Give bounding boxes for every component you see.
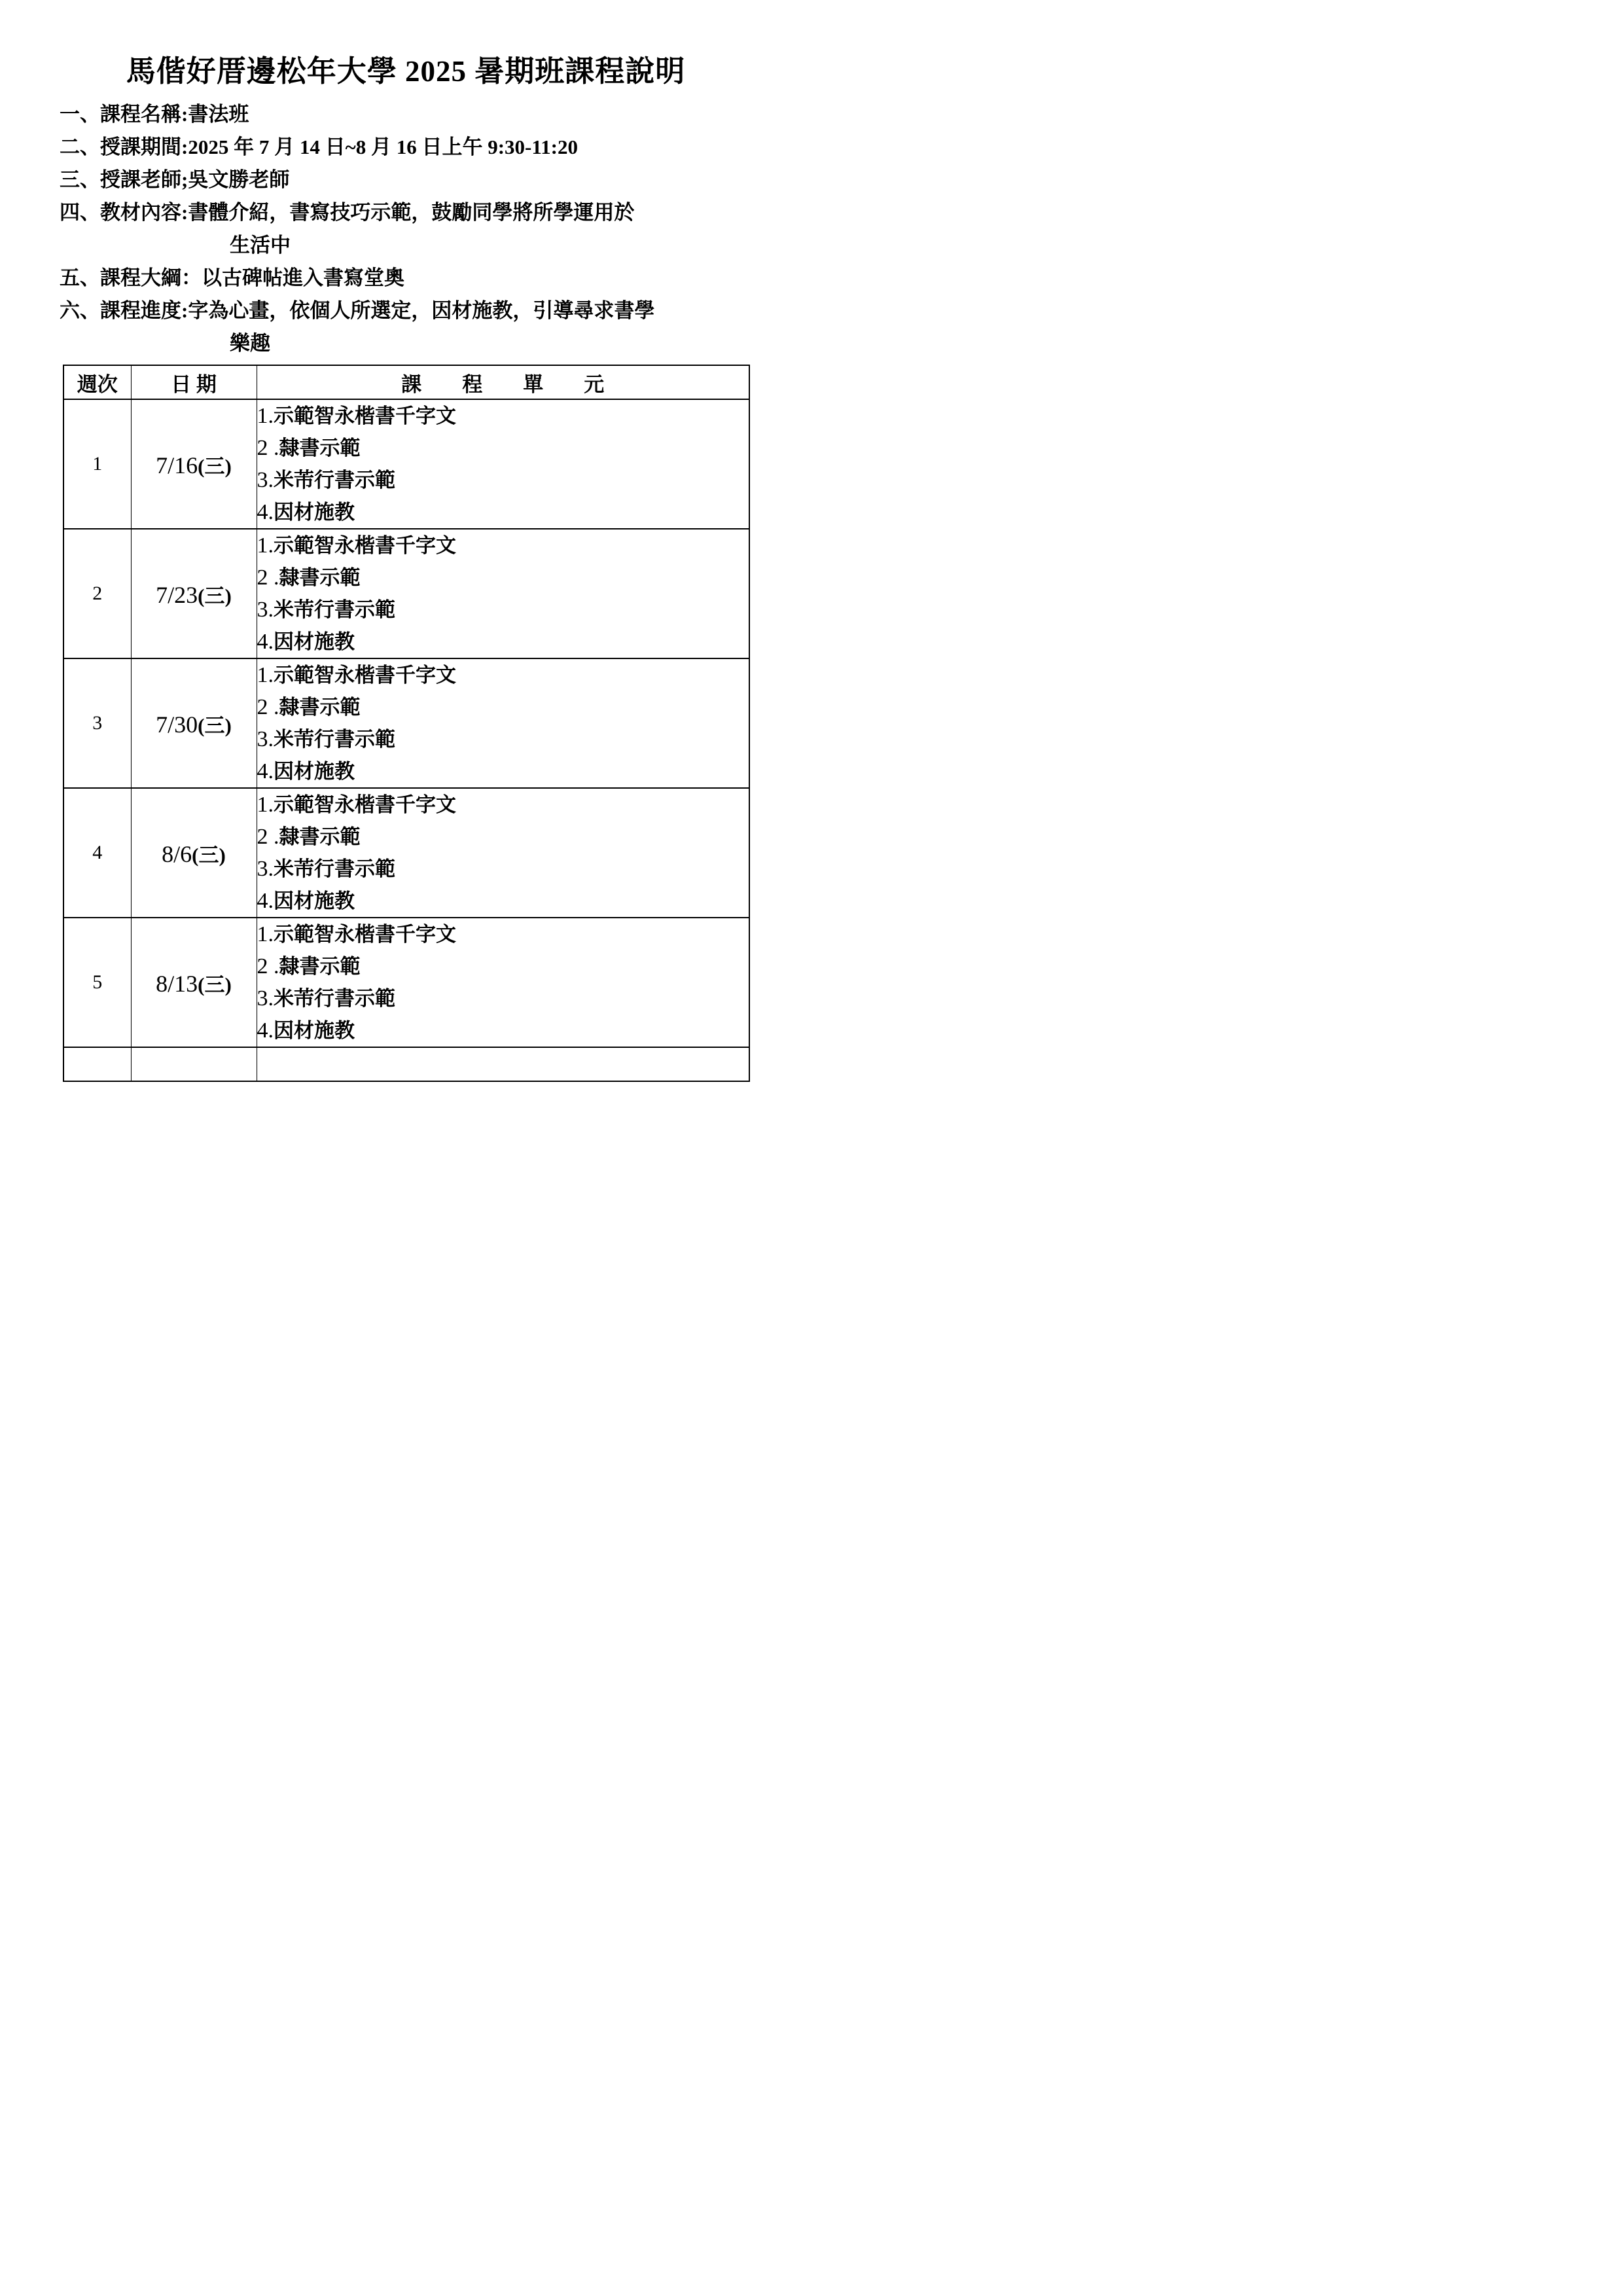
date-value: 7/16 — [156, 452, 198, 478]
course-item: 2 .隸書示範 — [257, 950, 749, 982]
item-number: 4. — [257, 1018, 274, 1043]
item-number: 4. — [257, 889, 274, 913]
date-cell: 7/30(三) — [131, 658, 257, 788]
course-item: 4.因材施教 — [257, 496, 749, 528]
course-item: 4.因材施教 — [257, 755, 749, 787]
table-row: 2 7/23(三) 1.示範智永楷書千字文 2 .隸書示範 3.米芾行書示範 4… — [63, 529, 749, 658]
item-text: 米芾行書示範 — [274, 987, 395, 1010]
week-number: 4 — [63, 788, 131, 918]
item-number: 4. — [257, 759, 274, 783]
week-number: 3 — [63, 658, 131, 788]
table-header-row: 週次 日 期 課 程 單 元 — [63, 365, 749, 399]
date-cell: 7/16(三) — [131, 399, 257, 529]
course-item: 1.示範智永楷書千字文 — [257, 789, 749, 821]
date-weekday: (三) — [198, 455, 232, 478]
course-unit-cell-empty — [257, 1047, 749, 1081]
info-line-progress-continued: 樂趣 — [60, 327, 785, 360]
table-empty-row — [63, 1047, 749, 1081]
item-text: 隸書示範 — [279, 696, 361, 719]
item-number: 3. — [257, 598, 274, 622]
table-row: 4 8/6(三) 1.示範智永楷書千字文 2 .隸書示範 3.米芾行書示範 4.… — [63, 788, 749, 918]
course-item: 2 .隸書示範 — [257, 432, 749, 464]
page-title: 馬偕好厝邊松年大學 2025 暑期班課程說明 — [0, 47, 811, 90]
course-item: 3.米芾行書示範 — [257, 982, 749, 1014]
info-line-course-name: 一、課程名稱:書法班 — [60, 98, 785, 131]
course-info-list: 一、課程名稱:書法班 二、授課期間:2025 年 7 月 14 日~8 月 16… — [60, 98, 785, 360]
week-number: 5 — [63, 918, 131, 1047]
header-date: 日 期 — [131, 365, 257, 399]
date-weekday: (三) — [198, 973, 232, 996]
item-number: 4. — [257, 500, 274, 524]
item-number: 4. — [257, 630, 274, 654]
item-number: 1. — [257, 663, 274, 687]
item-text: 因材施教 — [274, 889, 355, 912]
date-weekday: (三) — [198, 584, 232, 607]
item-number: 2 . — [257, 565, 279, 590]
header-course-unit: 課 程 單 元 — [257, 365, 749, 399]
item-text: 因材施教 — [274, 501, 355, 524]
item-number: 2 . — [257, 825, 279, 849]
item-text: 因材施教 — [274, 630, 355, 653]
item-text: 隸書示範 — [279, 955, 361, 978]
course-item: 1.示範智永楷書千字文 — [257, 400, 749, 432]
item-text: 米芾行書示範 — [274, 857, 395, 880]
item-text: 隸書示範 — [279, 437, 361, 459]
date-cell: 8/13(三) — [131, 918, 257, 1047]
course-item: 3.米芾行書示範 — [257, 853, 749, 885]
header-week: 週次 — [63, 365, 131, 399]
item-number: 2 . — [257, 954, 279, 978]
date-cell-empty — [131, 1047, 257, 1081]
item-number: 3. — [257, 857, 274, 881]
item-text: 隸書示範 — [279, 566, 361, 589]
course-item: 3.米芾行書示範 — [257, 594, 749, 626]
week-number: 2 — [63, 529, 131, 658]
item-number: 1. — [257, 533, 274, 558]
item-number: 3. — [257, 986, 274, 1011]
item-number: 1. — [257, 922, 274, 946]
date-cell: 8/6(三) — [131, 788, 257, 918]
item-text: 因材施教 — [274, 1019, 355, 1042]
item-text: 隸書示範 — [279, 825, 361, 848]
course-unit-cell: 1.示範智永楷書千字文 2 .隸書示範 3.米芾行書示範 4.因材施教 — [257, 788, 749, 918]
item-number: 3. — [257, 468, 274, 492]
course-unit-cell: 1.示範智永楷書千字文 2 .隸書示範 3.米芾行書示範 4.因材施教 — [257, 918, 749, 1047]
info-line-course-period: 二、授課期間:2025 年 7 月 14 日~8 月 16 日上午 9:30-1… — [60, 131, 785, 164]
info-line-outline: 五、課程大綱：以古碑帖進入書寫堂奧 — [60, 262, 785, 295]
course-item: 2 .隸書示範 — [257, 691, 749, 723]
table-row: 3 7/30(三) 1.示範智永楷書千字文 2 .隸書示範 3.米芾行書示範 4… — [63, 658, 749, 788]
date-value: 7/30 — [156, 711, 198, 738]
course-item: 2 .隸書示範 — [257, 562, 749, 594]
course-unit-cell: 1.示範智永楷書千字文 2 .隸書示範 3.米芾行書示範 4.因材施教 — [257, 529, 749, 658]
course-unit-cell: 1.示範智永楷書千字文 2 .隸書示範 3.米芾行書示範 4.因材施教 — [257, 399, 749, 529]
date-weekday: (三) — [198, 714, 232, 737]
course-item: 1.示範智永楷書千字文 — [257, 918, 749, 950]
course-item: 3.米芾行書示範 — [257, 723, 749, 755]
course-item: 1.示範智永楷書千字文 — [257, 659, 749, 691]
table-row: 1 7/16(三) 1.示範智永楷書千字文 2 .隸書示範 3.米芾行書示範 4… — [63, 399, 749, 529]
item-text: 示範智永楷書千字文 — [274, 534, 456, 557]
course-item: 4.因材施教 — [257, 626, 749, 658]
date-weekday: (三) — [192, 844, 226, 867]
table-row: 5 8/13(三) 1.示範智永楷書千字文 2 .隸書示範 3.米芾行書示範 4… — [63, 918, 749, 1047]
item-number: 1. — [257, 404, 274, 428]
week-number-empty — [63, 1047, 131, 1081]
item-text: 米芾行書示範 — [274, 598, 395, 621]
course-item: 1.示範智永楷書千字文 — [257, 529, 749, 562]
item-text: 米芾行書示範 — [274, 728, 395, 751]
course-unit-cell: 1.示範智永楷書千字文 2 .隸書示範 3.米芾行書示範 4.因材施教 — [257, 658, 749, 788]
item-number: 3. — [257, 727, 274, 751]
item-text: 因材施教 — [274, 760, 355, 783]
date-value: 8/13 — [156, 971, 198, 997]
course-item: 3.米芾行書示範 — [257, 464, 749, 496]
week-number: 1 — [63, 399, 131, 529]
info-line-material-continued: 生活中 — [60, 229, 785, 262]
item-number: 2 . — [257, 436, 279, 460]
date-value: 7/23 — [156, 582, 198, 608]
item-number: 1. — [257, 793, 274, 817]
info-line-teacher: 三、授課老師;吳文勝老師 — [60, 164, 785, 196]
document-page: 馬偕好厝邊松年大學 2025 暑期班課程說明 一、課程名稱:書法班 二、授課期間… — [0, 0, 811, 1148]
item-text: 示範智永楷書千字文 — [274, 664, 456, 687]
item-text: 示範智永楷書千字文 — [274, 923, 456, 946]
course-item: 4.因材施教 — [257, 885, 749, 917]
course-item: 2 .隸書示範 — [257, 821, 749, 853]
item-text: 示範智永楷書千字文 — [274, 793, 456, 816]
date-cell: 7/23(三) — [131, 529, 257, 658]
course-item: 4.因材施教 — [257, 1014, 749, 1047]
item-text: 米芾行書示範 — [274, 469, 395, 492]
info-line-progress: 六、課程進度:字為心畫，依個人所選定，因材施教，引導尋求書學 — [60, 295, 785, 327]
schedule-table: 週次 日 期 課 程 單 元 1 7/16(三) 1.示範智永楷書千字文 2 .… — [63, 365, 750, 1082]
info-line-material: 四、教材內容:書體介紹，書寫技巧示範，鼓勵同學將所學運用於 — [60, 196, 785, 229]
date-value: 8/6 — [162, 841, 192, 867]
item-text: 示範智永楷書千字文 — [274, 404, 456, 427]
item-number: 2 . — [257, 695, 279, 719]
